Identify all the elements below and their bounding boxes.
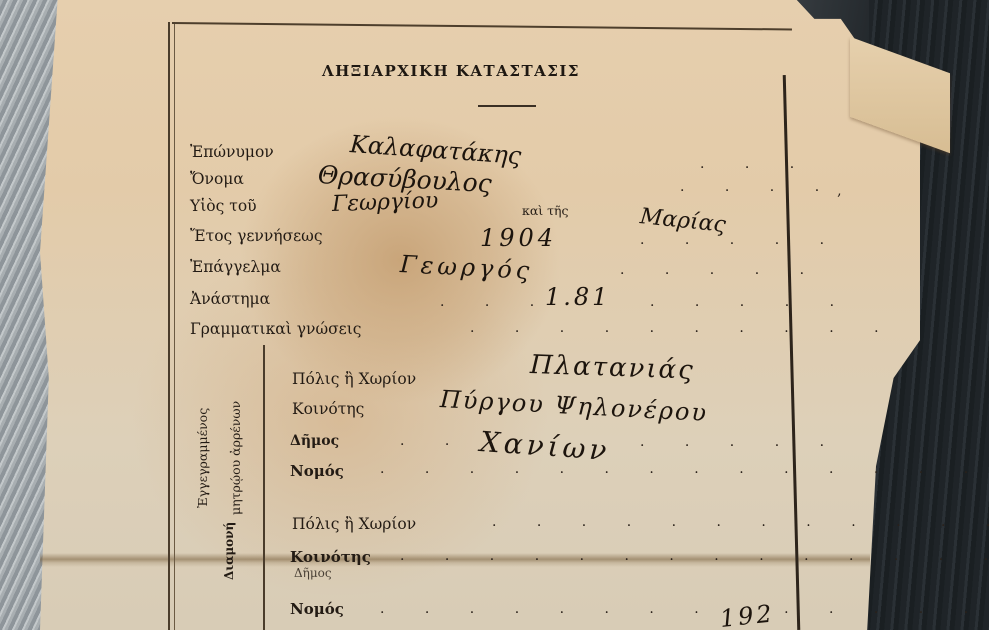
label-prefecture: Νομός	[290, 462, 344, 480]
label-town-or-village: Πόλις ἢ Χωρίον	[292, 370, 416, 388]
dot-leader: · · · · · · · · · ·	[470, 324, 897, 328]
dot-leader: · · ·	[400, 437, 512, 441]
dot-leader: · · · · ·	[640, 438, 842, 442]
label-surname: Ἐπώνυμον	[190, 143, 274, 161]
side-label-registered: Ἐγγεγραμμένος	[195, 358, 210, 508]
dot-leader: · · · ·,	[680, 183, 860, 187]
title-underline	[478, 105, 536, 107]
side-label-male-registry: μητρῴου ἀρρένων	[228, 345, 243, 515]
side-label-residence: Διαμονή	[222, 520, 236, 580]
dot-leader: · · · · ·	[650, 298, 852, 302]
label-height: Ἀνάστημα	[190, 290, 270, 308]
value-father-name: Γεωργίου	[332, 188, 439, 217]
dot-leader: · · ·	[440, 298, 552, 302]
value-town-or-village: Πλατανιάς	[529, 350, 695, 386]
label-son-of: Υἱὸς τοῦ	[190, 197, 257, 215]
value-residence-partial: 192	[719, 599, 776, 630]
label-first-name: Ὄνομα	[190, 170, 244, 188]
label-residence-municipality: Δῆμος	[294, 566, 332, 580]
dot-leader: · · · · ·	[640, 236, 842, 240]
label-residence-town: Πόλις ἢ Χωρίον	[292, 515, 416, 533]
label-and-of: καὶ τῆς	[522, 203, 569, 218]
label-literacy: Γραμματικαὶ γνώσεις	[190, 320, 361, 338]
dot-leader: · · · · · · · · · · · · · · · · · · · ·	[400, 552, 989, 556]
label-occupation: Ἐπάγγελμα	[190, 258, 281, 276]
dot-leader: · · · · · · · · · · · · · · · ·	[492, 518, 989, 522]
label-birth-year: Ἔτος γεννήσεως	[190, 227, 323, 245]
frame-border-left	[168, 22, 175, 630]
label-residence-community: Κοινότης	[290, 548, 371, 566]
value-birth-year: 1904	[480, 224, 557, 252]
label-municipality: Δῆμος	[290, 433, 339, 449]
dot-leader: · · ·	[700, 160, 812, 164]
value-height: 1.81	[545, 283, 610, 311]
section-divider-rule	[263, 345, 265, 630]
dot-leader: · · · · ·	[620, 266, 822, 270]
label-residence-prefecture: Νομός	[290, 600, 344, 618]
label-community: Κοινότης	[292, 400, 364, 418]
dot-leader: · · · · · · · · · · · · · · · · · · ·	[380, 465, 989, 469]
document-title: ΛΗΞΙΑΡΧΙΚΗ ΚΑΤΑΣΤΑΣΙΣ	[322, 62, 580, 80]
dot-leader: · · · · · · · · · · · · · · · · · ·	[380, 605, 989, 609]
